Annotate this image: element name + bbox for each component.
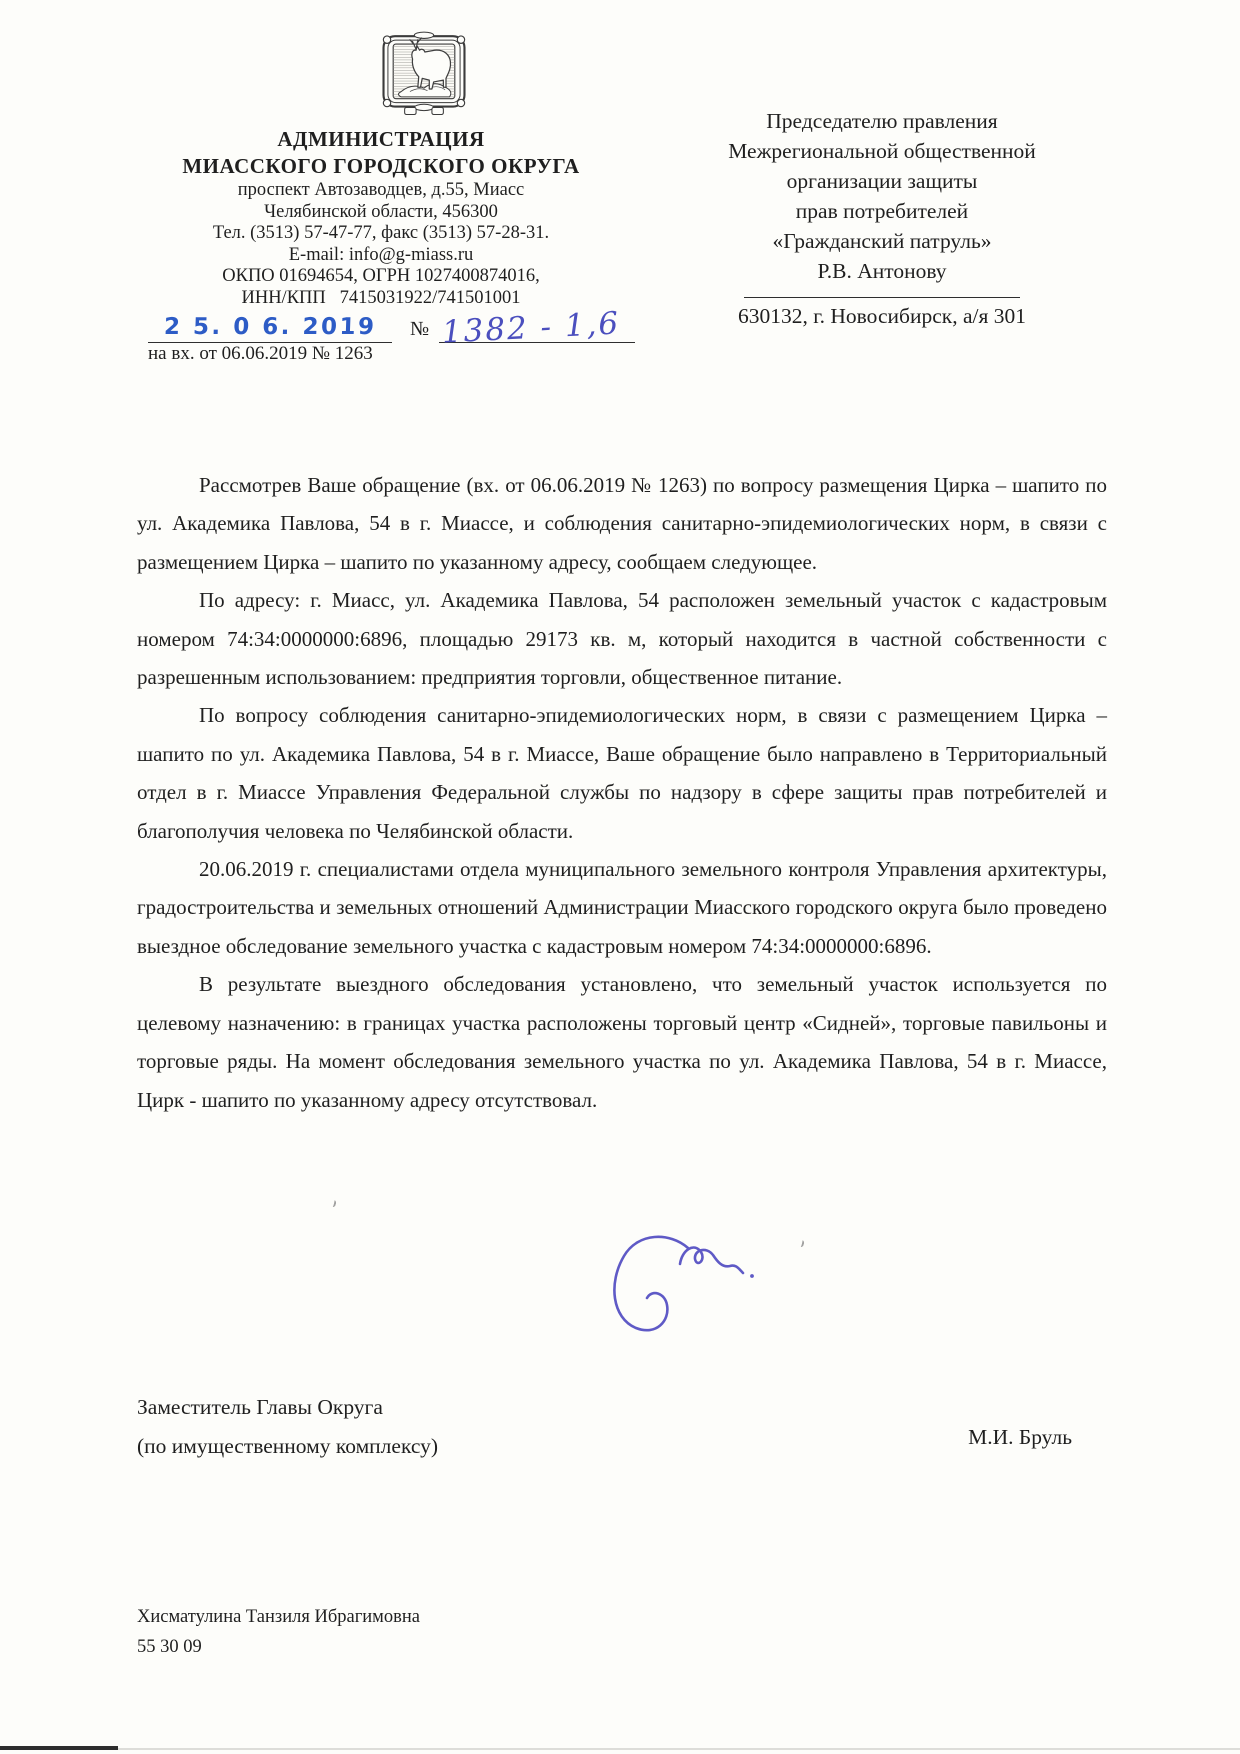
paragraph-3: По вопросу соблюдения санитарно-эпидемио…	[137, 696, 1107, 850]
handwritten-signature	[596, 1228, 764, 1346]
executor-phone: 55 30 09	[137, 1632, 420, 1662]
signer-name: М.И. Бруль	[968, 1425, 1072, 1450]
paragraph-1: Рассмотрев Ваше обращение (вх. от 06.06.…	[137, 466, 1107, 581]
sender-email: E-mail: info@g-miass.ru	[138, 245, 624, 267]
coat-of-arms-icon	[380, 28, 468, 120]
incoming-reference: на вх. от 06.06.2019 № 1263	[148, 343, 373, 365]
scanned-letter-page: АДМИНИСТРАЦИЯ МИАССКОГО ГОРОДСКОГО ОКРУГ…	[0, 0, 1240, 1754]
sender-phone-fax: Тел. (3513) 57-47-77, факс (3513) 57-28-…	[138, 223, 624, 245]
sender-org-name-line1: АДМИНИСТРАЦИЯ	[138, 126, 624, 153]
sender-inn-kpp: ИНН/КПП 7415031922/741501001	[138, 288, 624, 310]
recipient-name: Р.В. Антонову	[662, 256, 1102, 286]
recipient-postal-address: 630132, г. Новосибирск, а/я 301	[662, 304, 1102, 329]
recipient-line: Председателю правления	[662, 106, 1102, 136]
outgoing-number-field: 1382 - 1,6	[439, 312, 635, 343]
recipient-line: прав потребителей	[662, 196, 1102, 226]
handwritten-number: 1382 - 1,6	[432, 305, 630, 351]
paragraph-5: В результате выездного обследования уста…	[137, 965, 1107, 1119]
number-sign-label: №	[410, 318, 429, 343]
sender-address-line2: Челябинской области, 456300	[138, 202, 624, 224]
paragraph-4: 20.06.2019 г. специалистами отдела муниц…	[137, 850, 1107, 965]
date-stamp: 2 5. 0 6. 2019	[163, 314, 376, 340]
letter-body: Рассмотрев Ваше обращение (вх. от 06.06.…	[137, 466, 1107, 1119]
scan-edge-artifact	[0, 1746, 118, 1750]
recipient-divider-line	[744, 297, 1020, 298]
signer-position-line1: Заместитель Главы Округа	[137, 1388, 438, 1427]
signer-position-line2: (по имущественному комплексу)	[137, 1427, 438, 1466]
scan-edge-artifact	[118, 1748, 1240, 1750]
signer-position: Заместитель Главы Округа (по имущественн…	[137, 1388, 438, 1466]
sender-letterhead: АДМИНИСТРАЦИЯ МИАССКОГО ГОРОДСКОГО ОКРУГ…	[138, 126, 624, 309]
outgoing-date-field: 2 5. 0 6. 2019	[148, 314, 392, 343]
paragraph-2: По адресу: г. Миасс, ул. Академика Павло…	[137, 581, 1107, 696]
recipient-line: Межрегиональной общественной	[662, 136, 1102, 166]
recipient-line: «Гражданский патруль»	[662, 226, 1102, 256]
scan-speck	[330, 1199, 337, 1207]
executor-block: Хисматулина Танзиля Ибрагимовна 55 30 09	[137, 1602, 420, 1662]
executor-name: Хисматулина Танзиля Ибрагимовна	[137, 1602, 420, 1632]
sender-org-name-line2: МИАССКОГО ГОРОДСКОГО ОКРУГА	[138, 153, 624, 180]
sender-address-line1: проспект Автозаводцев, д.55, Миасс	[138, 180, 624, 202]
sender-okpo-ogrn: ОКПО 01694654, ОГРН 1027400874016,	[138, 266, 624, 288]
recipient-line: организации защиты	[662, 166, 1102, 196]
recipient-block: Председателю правления Межрегиональной о…	[662, 106, 1102, 329]
registration-row: 2 5. 0 6. 2019№1382 - 1,6	[148, 312, 648, 343]
scan-speck	[798, 1239, 805, 1247]
